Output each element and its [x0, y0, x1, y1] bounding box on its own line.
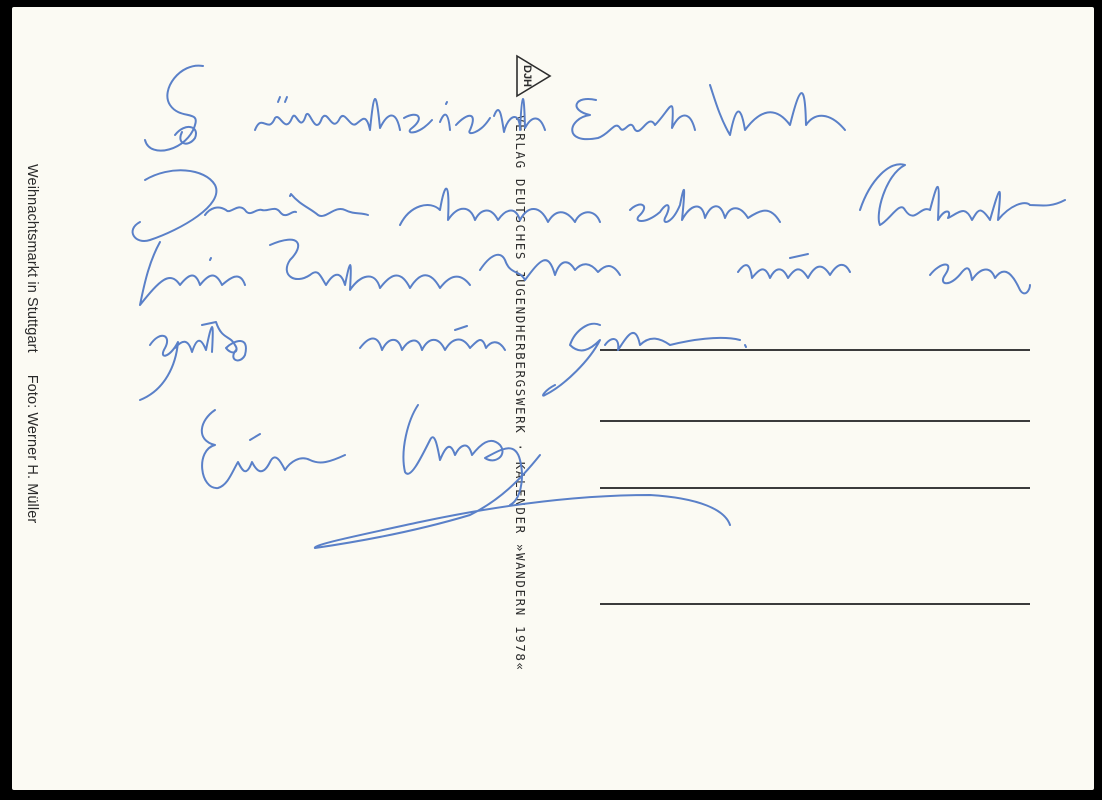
photo-caption: Weihnachtsmarkt in StuttgartFoto: Werner… — [24, 164, 40, 523]
address-line-2 — [600, 420, 1030, 422]
caption-title: Weihnachtsmarkt in Stuttgart — [24, 164, 40, 353]
caption-photographer: Foto: Werner H. Müller — [24, 375, 40, 524]
address-line-3 — [600, 487, 1030, 489]
address-line-4 — [600, 603, 1030, 605]
address-line-1 — [600, 349, 1030, 351]
